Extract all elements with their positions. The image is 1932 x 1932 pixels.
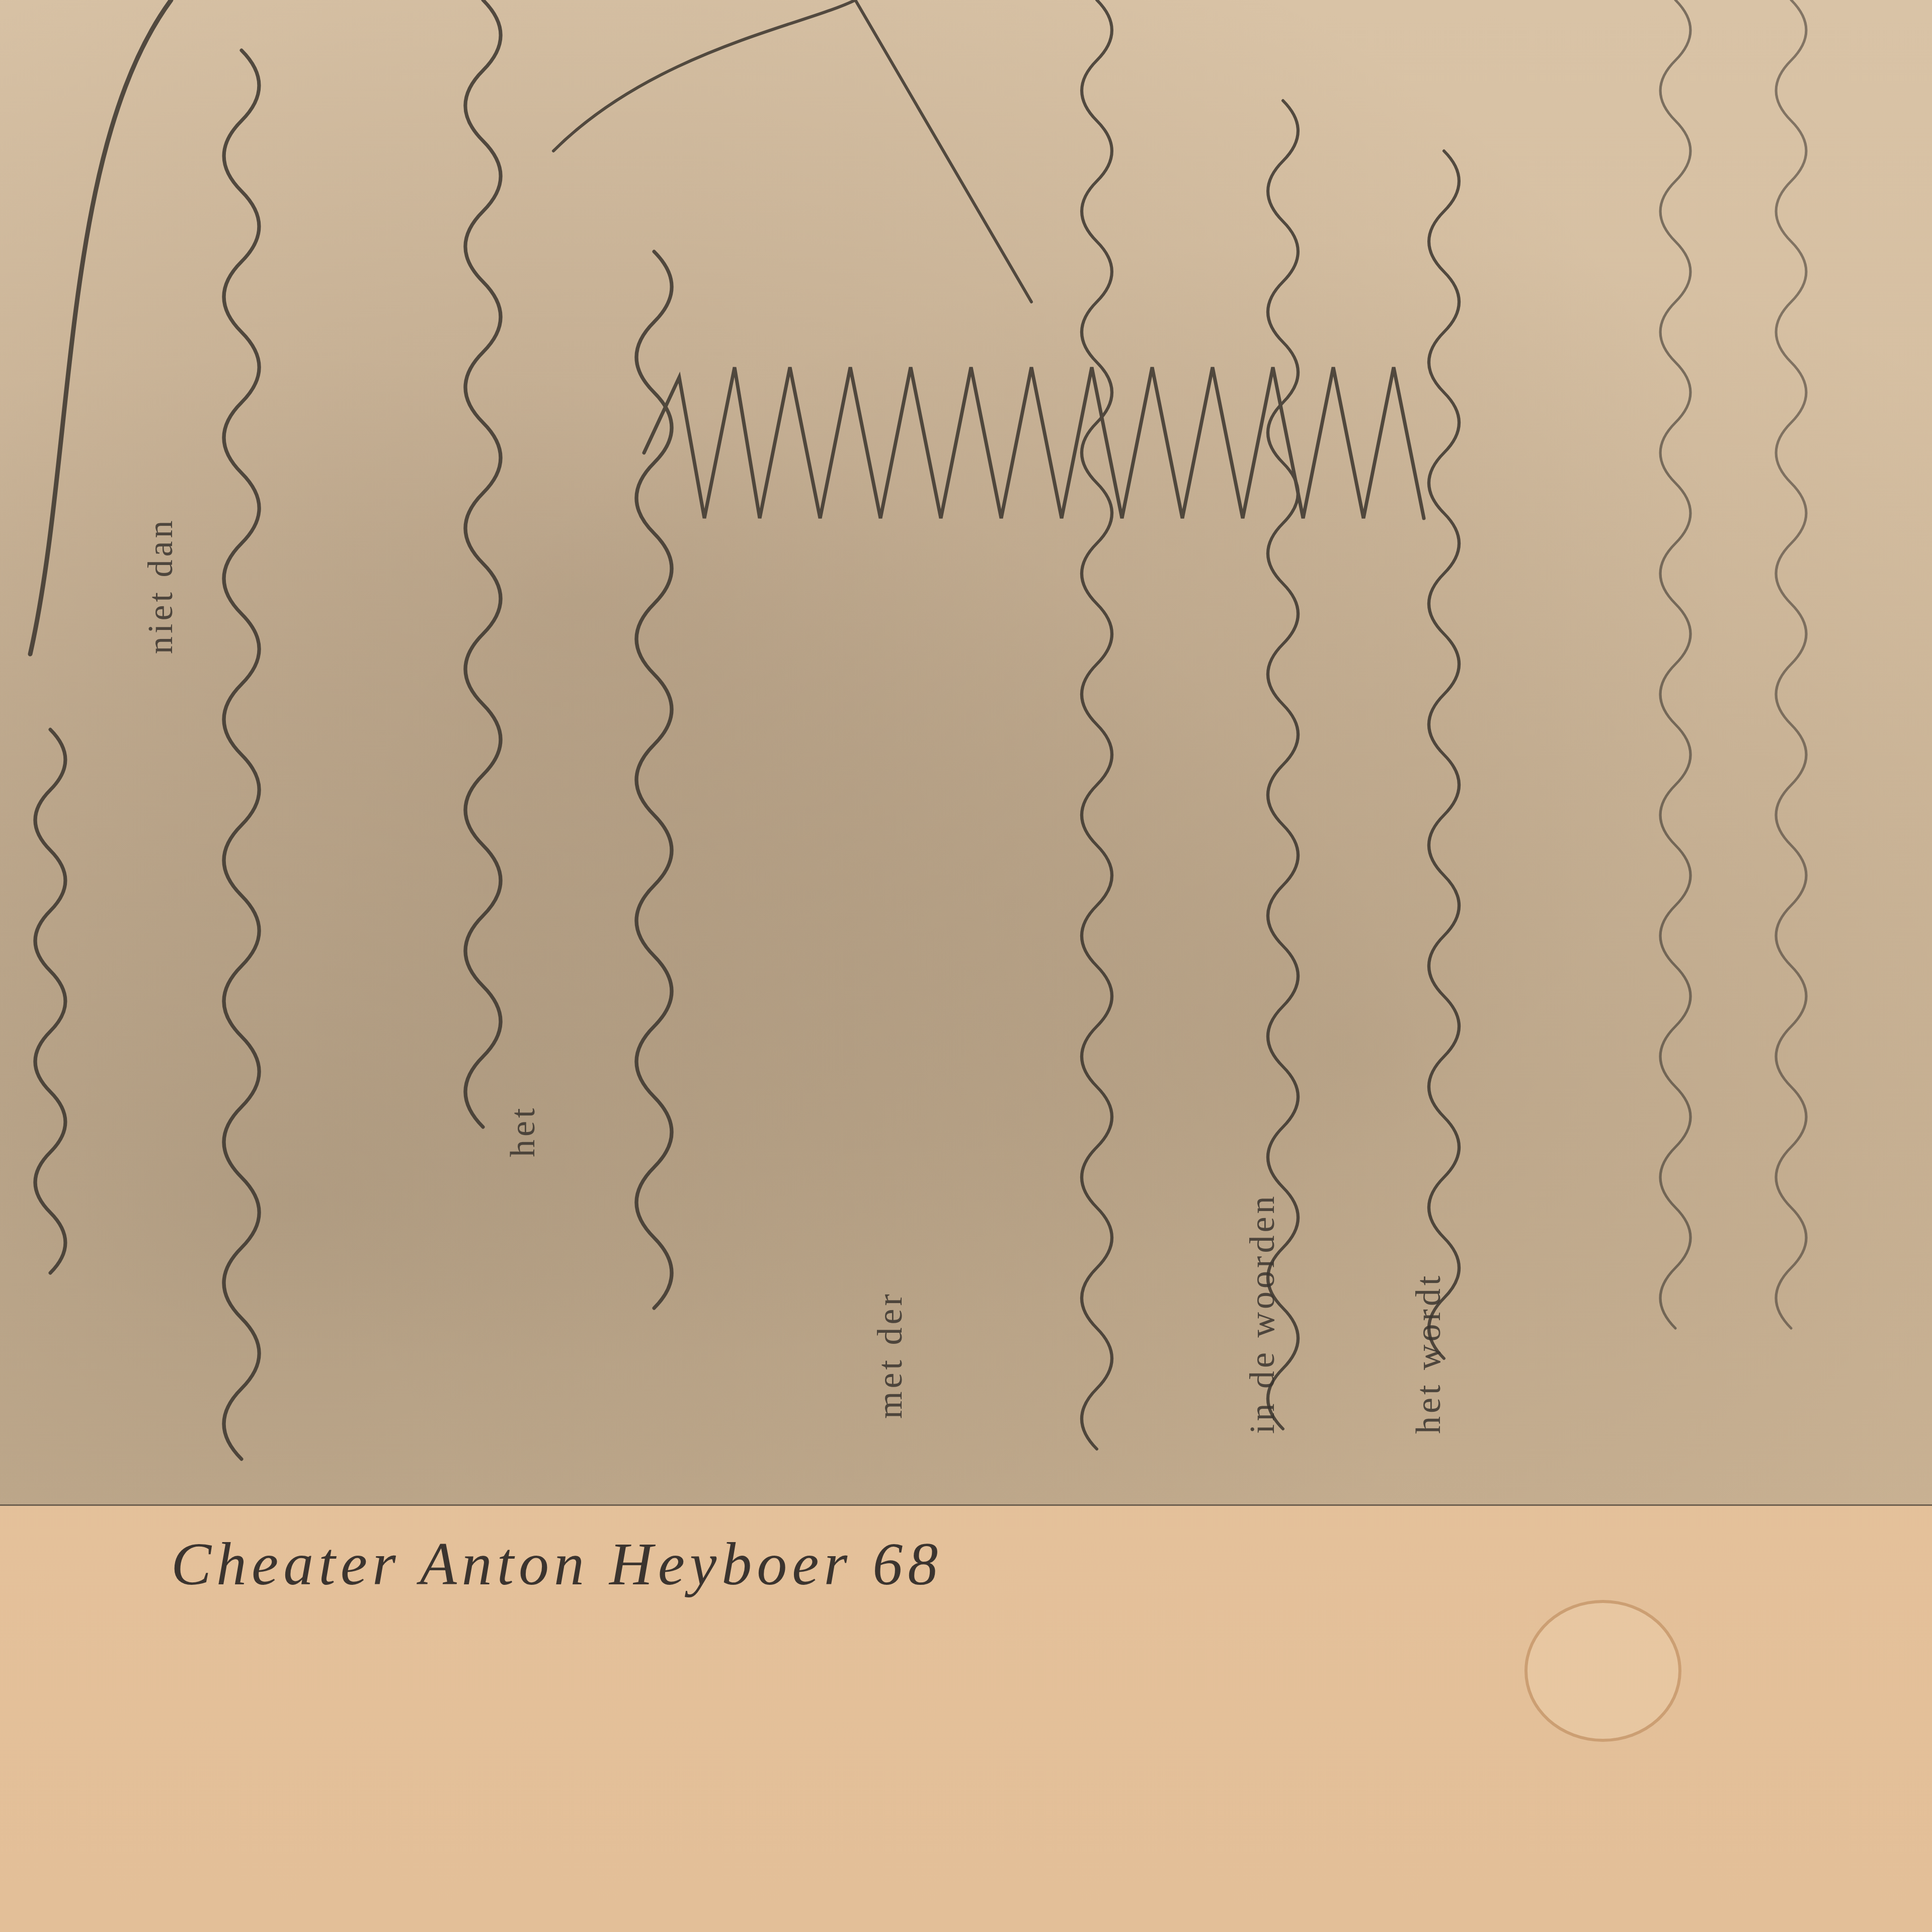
pencil-signature: Cheater Anton Heyboer 68 <box>171 1530 943 1599</box>
paper-sheet: niet dan het met der in de woorden het w… <box>0 0 1932 1932</box>
scribble-columns <box>0 0 1932 1504</box>
text-fragment-4: in de woorden <box>1243 1193 1283 1434</box>
text-fragment-1: niet dan <box>141 517 181 654</box>
text-fragment-5: het wordt <box>1409 1273 1449 1434</box>
text-fragment-2: het <box>503 1105 543 1157</box>
etching-plate: niet dan het met der in de woorden het w… <box>0 0 1932 1506</box>
water-stain <box>1524 1600 1681 1742</box>
text-fragment-3: met der <box>870 1291 911 1419</box>
